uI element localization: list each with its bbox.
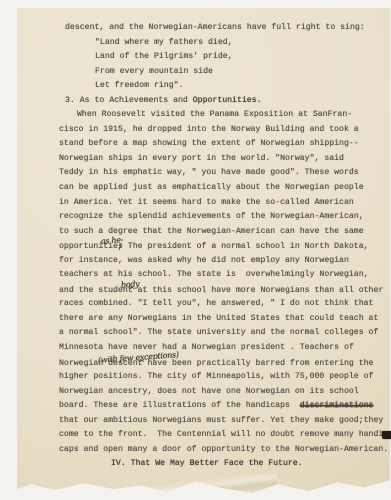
typewritten-line: "Land where my fathers died, (95, 36, 384, 51)
scan-background: descent, and the Norwegian-Americans hav… (0, 0, 391, 500)
typewritten-text: there are any Norwegians in the United S… (59, 314, 378, 323)
typewritten-line: cisco in 1915, he dropped into the Norwa… (59, 123, 384, 138)
document-lines: descent, and the Norwegian-Americans hav… (59, 21, 384, 472)
typewritten-line: When Roosevelt visited the Panama Exposi… (77, 108, 384, 123)
typewritten-text: The president of a normal school in Nort… (123, 242, 369, 251)
typewritten-text: Norwegian ancestry, does not have one No… (59, 387, 359, 396)
typewritten-text: Norwegian ships in every port in the wor… (59, 154, 344, 163)
typewritten-text: cisco in 1915, he dropped into the Norwa… (59, 125, 359, 134)
typewritten-line: come to the front. The Centennial will n… (59, 428, 384, 443)
typewritten-line: caps and open many a door of opportunity… (59, 443, 384, 458)
typewritten-line: recognize the splendid achievements of t… (59, 210, 384, 225)
typewritten-text: Opportunities. (193, 96, 262, 105)
typewritten-line: Teddy in his emphatic way, " you have ma… (59, 166, 384, 181)
typewritten-text: in America. Yet it seems hard to make th… (59, 198, 354, 207)
typewritten-line: and the studentbody^ at this school have… (59, 283, 384, 298)
typewritten-line: there are any Norwegians in the United S… (59, 312, 384, 327)
typewritten-text: Land of the Pilgrims' pride, (95, 52, 233, 61)
typewritten-line: descent, and the Norwegian-Americans hav… (65, 21, 384, 36)
typewritten-text: a normal school". The state university a… (59, 328, 378, 337)
typewritten-line: higher positions. The city of Minneapoli… (59, 370, 384, 385)
typewritten-text: "Land where my fathers died, (95, 38, 233, 47)
typewritten-text: board. These are illustrations of the ha… (59, 401, 300, 410)
typewritten-line: IV. That We May Better Face the Future. (111, 457, 384, 472)
typewritten-text: Let freedom ring". (95, 81, 183, 90)
insertion-caret-mark: ^ (129, 284, 133, 299)
typewritten-line: Norwegian ancestry, does not have one No… (59, 385, 384, 400)
typewritten-line: stand before a map showing the extent of… (59, 137, 384, 152)
typewritten-line: Norwegian descent(with few exceptions)^ … (59, 356, 384, 371)
typewritten-text: IV. That We May Better Face the Future. (111, 459, 303, 468)
insertion-caret-mark: / (119, 240, 123, 255)
typewritten-line: opportunitiesas he-/ The president of a … (59, 239, 384, 254)
typewritten-text: Minnesota have never had a Norwegian pre… (59, 343, 354, 352)
typewritten-text: From every mountain side (95, 67, 213, 76)
scanned-paper-page: descent, and the Norwegian-Americans hav… (17, 8, 390, 494)
typewritten-line: Norwegian ships in every port in the wor… (59, 152, 384, 167)
typewritten-line: 3. As to Achievements and Opportunities. (65, 94, 384, 109)
typewritten-text: at this school have more Norwegians than… (133, 286, 384, 295)
typewritten-text: teachers at his school. The state is ove… (59, 270, 369, 279)
typewritten-line: Land of the Pilgrims' pride, (95, 50, 384, 65)
typewritten-text: can be applied just as emphatically abou… (59, 183, 364, 192)
typewritten-line: Let freedom ring". (95, 79, 384, 94)
ink-smudge (382, 431, 391, 439)
typewritten-text: Teddy in his emphatic way, " you have ma… (59, 168, 359, 177)
typewritten-text: When Roosevelt visited the Panama Exposi… (77, 110, 352, 119)
typewritten-text: recognize the splendid achievements of t… (59, 212, 364, 221)
typewritten-text: 3. As to Achievements and (65, 96, 193, 105)
typewritten-line: teachers at his school. The state is ove… (59, 268, 384, 283)
typewritten-line: that our ambitious Norwegians must suffe… (59, 414, 384, 429)
typewritten-text: races combined. "I tell you", he answere… (59, 299, 373, 308)
typewritten-text: stand before a map showing the extent of… (59, 139, 359, 148)
typewritten-text: caps and open many a door of opportunity… (59, 445, 388, 454)
struck-out-text: discriminations (300, 401, 374, 410)
typewritten-text: come to the front. The Centennial will n… (59, 430, 388, 439)
typewritten-text: descent, and the Norwegian-Americans hav… (65, 23, 365, 32)
typewritten-line: From every mountain side (95, 65, 384, 80)
typewritten-line: races combined. "I tell you", he answere… (59, 297, 384, 312)
insertion-caret-mark: ^ (139, 357, 143, 372)
typewritten-text: for instance, was asked why he did not e… (59, 256, 349, 265)
typewritten-line: for instance, was asked why he did not e… (59, 254, 384, 269)
typewritten-line: in America. Yet it seems hard to make th… (59, 196, 384, 211)
typewritten-line: a normal school". The state university a… (59, 326, 384, 341)
typewritten-line: can be applied just as emphatically abou… (59, 181, 384, 196)
typewritten-line: board. These are illustrations of the ha… (59, 399, 384, 414)
typewritten-text: higher positions. The city of Minneapoli… (59, 372, 373, 381)
paper-wrinkle (137, 474, 277, 495)
typewritten-text: that our ambitious Norwegians must suffe… (59, 416, 383, 425)
